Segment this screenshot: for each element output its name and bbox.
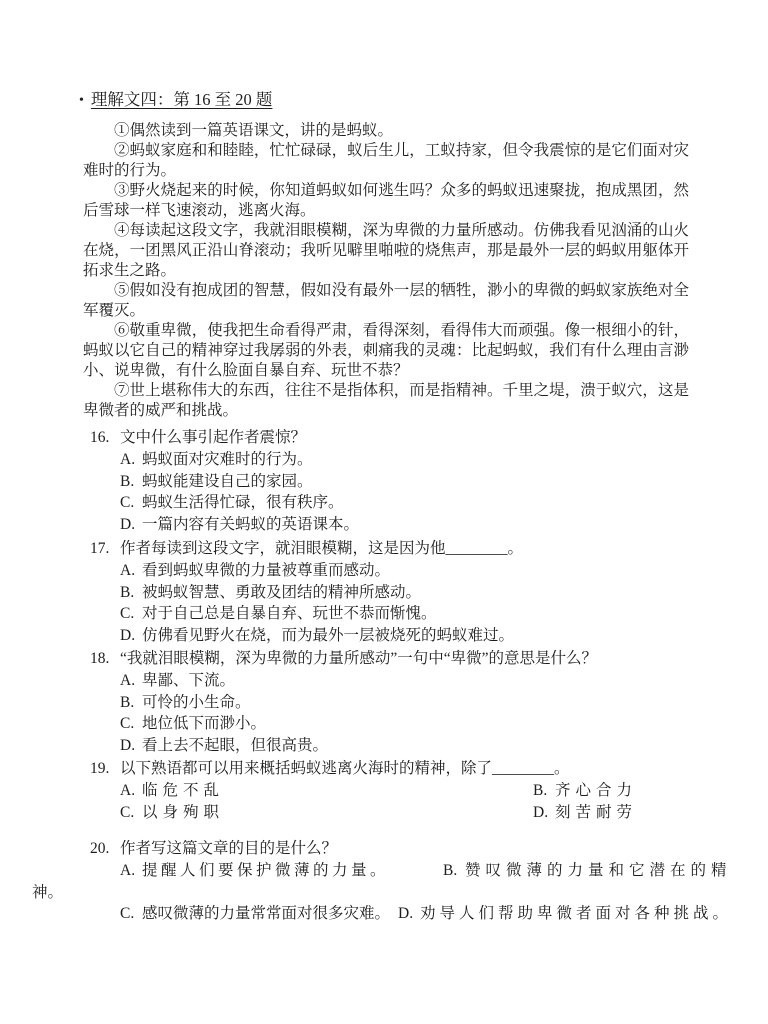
option-label: B. xyxy=(533,780,555,802)
option-label: B. xyxy=(120,582,142,604)
passage-paragraph-4: ④每读起这段文字，我就泪眼模糊，深为卑微的力量所感动。仿佛我看见汹涌的山火在烧，… xyxy=(83,221,689,281)
option-16-c: C.蚂蚁生活得忙碌，很有秩序。 xyxy=(90,492,359,514)
option-text: 一篇内容有关蚂蚁的英语课本。 xyxy=(142,516,359,533)
option-text: 看到蚂蚁卑微的力量被尊重而感动。 xyxy=(142,562,390,579)
reading-passage: ①偶然读到一篇英语课文，讲的是蚂蚁。 ②蚂蚁家庭和和睦睦，忙忙碌碌，蚁后生儿，工… xyxy=(83,121,689,421)
passage-paragraph-2: ②蚂蚁家庭和和睦睦，忙忙碌碌，蚁后生儿，工蚁持家，但令我震惊的是它们面对灾难时的… xyxy=(83,141,689,181)
option-label: C. xyxy=(120,603,142,625)
passage-paragraph-6: ⑥敬重卑微，使我把生命看得严肃，看得深刻，看得伟大而顽强。像一根细小的针，蚂蚁以… xyxy=(83,321,689,381)
option-20-d: D.劝导人们帮助卑微者面对各种挑战。 xyxy=(398,905,732,922)
option-label: D. xyxy=(120,735,142,757)
option-label: D. xyxy=(533,802,555,824)
option-19-d: D.刻苦耐劳 xyxy=(533,804,637,821)
option-text: 神。 xyxy=(32,884,63,901)
question-text: 文中什么事引起作者震惊？ xyxy=(120,429,306,446)
option-17-d: D.仿佛看见野火在烧，而为最外一层被烧死的蚂蚁难过。 xyxy=(90,625,523,647)
option-label: A. xyxy=(120,670,142,692)
question-20: 20.作者写这篇文章的目的是什么？ A.提醒人们要保护微薄的力量。B.赞叹微薄的… xyxy=(28,838,732,925)
option-17-b: B.被蚂蚁智慧、勇敢及团结的精神所感动。 xyxy=(90,582,523,604)
option-text: 蚂蚁生活得忙碌，很有秩序。 xyxy=(142,494,344,511)
question-16-stem: 16.文中什么事引起作者震惊？ xyxy=(90,427,359,449)
option-16-b: B.蚂蚁能建设自己的家园。 xyxy=(90,471,359,493)
question-number: 20. xyxy=(90,838,120,860)
worksheet-page: •理解文四：第 16 至 20 题 ①偶然读到一篇英语课文，讲的是蚂蚁。 ②蚂蚁… xyxy=(0,0,768,1024)
question-17-stem: 17.作者每读到这段文字，就泪眼模糊，这是因为他________。 xyxy=(90,538,523,560)
option-18-c: C.地位低下而渺小。 xyxy=(90,713,597,735)
option-label: C. xyxy=(120,492,142,514)
option-text: 被蚂蚁智慧、勇敢及团结的精神所感动。 xyxy=(142,584,421,601)
option-text: 蚂蚁能建设自己的家园。 xyxy=(142,473,313,490)
option-text: 卑鄙、下流。 xyxy=(142,672,235,689)
option-text: 看上去不起眼，但很高贵。 xyxy=(142,737,328,754)
option-label: B. xyxy=(120,692,142,714)
option-17-a: A.看到蚂蚁卑微的力量被尊重而感动。 xyxy=(90,560,523,582)
question-text: 作者写这篇文章的目的是什么？ xyxy=(120,840,337,857)
question-16: 16.文中什么事引起作者震惊？ A.蚂蚁面对灾难时的行为。 B.蚂蚁能建设自己的… xyxy=(90,427,359,536)
option-17-c: C.对于自己总是自暴自弃、玩世不恭而惭愧。 xyxy=(90,603,523,625)
question-number: 17. xyxy=(90,538,120,560)
question-18-stem: 18.“我就泪眼模糊，深为卑微的力量所感动”一句中“卑微”的意思是什么？ xyxy=(90,648,597,670)
option-row-20-ab: A.提醒人们要保护微薄的力量。B.赞叹微薄的力量和它潜在的精 xyxy=(120,860,732,882)
option-20-b: B.赞叹微薄的力量和它潜在的精 xyxy=(443,862,732,879)
passage-paragraph-7: ⑦世上堪称伟大的东西，往往不是指体积，而是指精神。千里之堤，溃于蚁穴，这是卑微者… xyxy=(83,381,689,421)
option-label: A. xyxy=(120,860,142,882)
question-19-stem: 19.以下熟语都可以用来概括蚂蚁逃离火海时的精神，除了________。 xyxy=(90,758,637,780)
passage-paragraph-3: ③野火烧起来的时候，你知道蚂蚁如何逃生吗？众多的蚂蚁迅速聚拢，抱成黑团，然后雪球… xyxy=(83,181,689,221)
option-20-b-wrap: 神。 xyxy=(32,882,732,904)
option-text: 临危不乱 xyxy=(142,782,224,799)
option-text: 以身殉职 xyxy=(142,804,224,821)
section-title: 理解文四：第 16 至 20 题 xyxy=(91,90,273,109)
option-18-a: A.卑鄙、下流。 xyxy=(90,670,597,692)
option-label: A. xyxy=(120,560,142,582)
option-text: 地位低下而渺小。 xyxy=(142,715,266,732)
question-20-stem: 20.作者写这篇文章的目的是什么？ xyxy=(90,838,732,860)
option-text: 感叹微薄的力量常常面对很多灾难。 xyxy=(142,905,390,922)
question-18: 18.“我就泪眼模糊，深为卑微的力量所感动”一句中“卑微”的意思是什么？ A.卑… xyxy=(90,648,597,757)
question-number: 16. xyxy=(90,427,120,449)
option-20-c: C.感叹微薄的力量常常面对很多灾难。 xyxy=(120,903,398,925)
option-label: C. xyxy=(120,713,142,735)
option-row-20-cd: C.感叹微薄的力量常常面对很多灾难。D.劝导人们帮助卑微者面对各种挑战。 xyxy=(120,903,732,925)
passage-paragraph-5: ⑤假如没有抱成团的智慧，假如没有最外一层的牺牲，渺小的卑微的蚂蚁家族绝对全军覆灭… xyxy=(83,281,689,321)
option-text: 齐心合力 xyxy=(555,782,637,799)
option-label: B. xyxy=(120,471,142,493)
option-text: 可怜的小生命。 xyxy=(142,694,251,711)
option-label: A. xyxy=(120,449,142,471)
question-number: 19. xyxy=(90,758,120,780)
option-text: 赞叹微薄的力量和它潜在的精 xyxy=(465,862,732,879)
option-label: C. xyxy=(120,802,142,824)
passage-paragraph-1: ①偶然读到一篇英语课文，讲的是蚂蚁。 xyxy=(83,121,689,141)
section-header: •理解文四：第 16 至 20 题 xyxy=(79,86,272,110)
question-text: 作者每读到这段文字，就泪眼模糊，这是因为他________。 xyxy=(120,540,523,557)
option-text: 劝导人们帮助卑微者面对各种挑战。 xyxy=(420,905,732,922)
option-16-d: D.一篇内容有关蚂蚁的英语课本。 xyxy=(90,514,359,536)
question-text: “我就泪眼模糊，深为卑微的力量所感动”一句中“卑微”的意思是什么？ xyxy=(120,650,597,667)
option-row-19-ab: A.临危不乱B.齐心合力 xyxy=(90,780,637,802)
option-19-c: C.以身殉职 xyxy=(120,802,533,824)
option-18-b: B.可怜的小生命。 xyxy=(90,692,597,714)
option-19-b: B.齐心合力 xyxy=(533,782,637,799)
option-20-a: A.提醒人们要保护微薄的力量。 xyxy=(120,860,443,882)
bullet-icon: • xyxy=(79,93,84,108)
option-label: D. xyxy=(120,514,142,536)
option-text: 蚂蚁面对灾难时的行为。 xyxy=(142,451,313,468)
option-16-a: A.蚂蚁面对灾难时的行为。 xyxy=(90,449,359,471)
option-text: 仿佛看见野火在烧，而为最外一层被烧死的蚂蚁难过。 xyxy=(142,627,514,644)
question-text: 以下熟语都可以用来概括蚂蚁逃离火海时的精神，除了________。 xyxy=(120,760,570,777)
question-number: 18. xyxy=(90,648,120,670)
option-label: D. xyxy=(398,903,420,925)
option-label: C. xyxy=(120,903,142,925)
option-label: A. xyxy=(120,780,142,802)
option-row-19-cd: C.以身殉职D.刻苦耐劳 xyxy=(90,802,637,824)
option-18-d: D.看上去不起眼，但很高贵。 xyxy=(90,735,597,757)
option-label: D. xyxy=(120,625,142,647)
question-17: 17.作者每读到这段文字，就泪眼模糊，这是因为他________。 A.看到蚂蚁… xyxy=(90,538,523,647)
option-19-a: A.临危不乱 xyxy=(120,780,533,802)
option-text: 对于自己总是自暴自弃、玩世不恭而惭愧。 xyxy=(142,605,437,622)
option-text: 刻苦耐劳 xyxy=(555,804,637,821)
option-text: 提醒人们要保护微薄的力量。 xyxy=(142,862,389,879)
option-label: B. xyxy=(443,860,465,882)
question-19: 19.以下熟语都可以用来概括蚂蚁逃离火海时的精神，除了________。 A.临… xyxy=(90,758,637,823)
